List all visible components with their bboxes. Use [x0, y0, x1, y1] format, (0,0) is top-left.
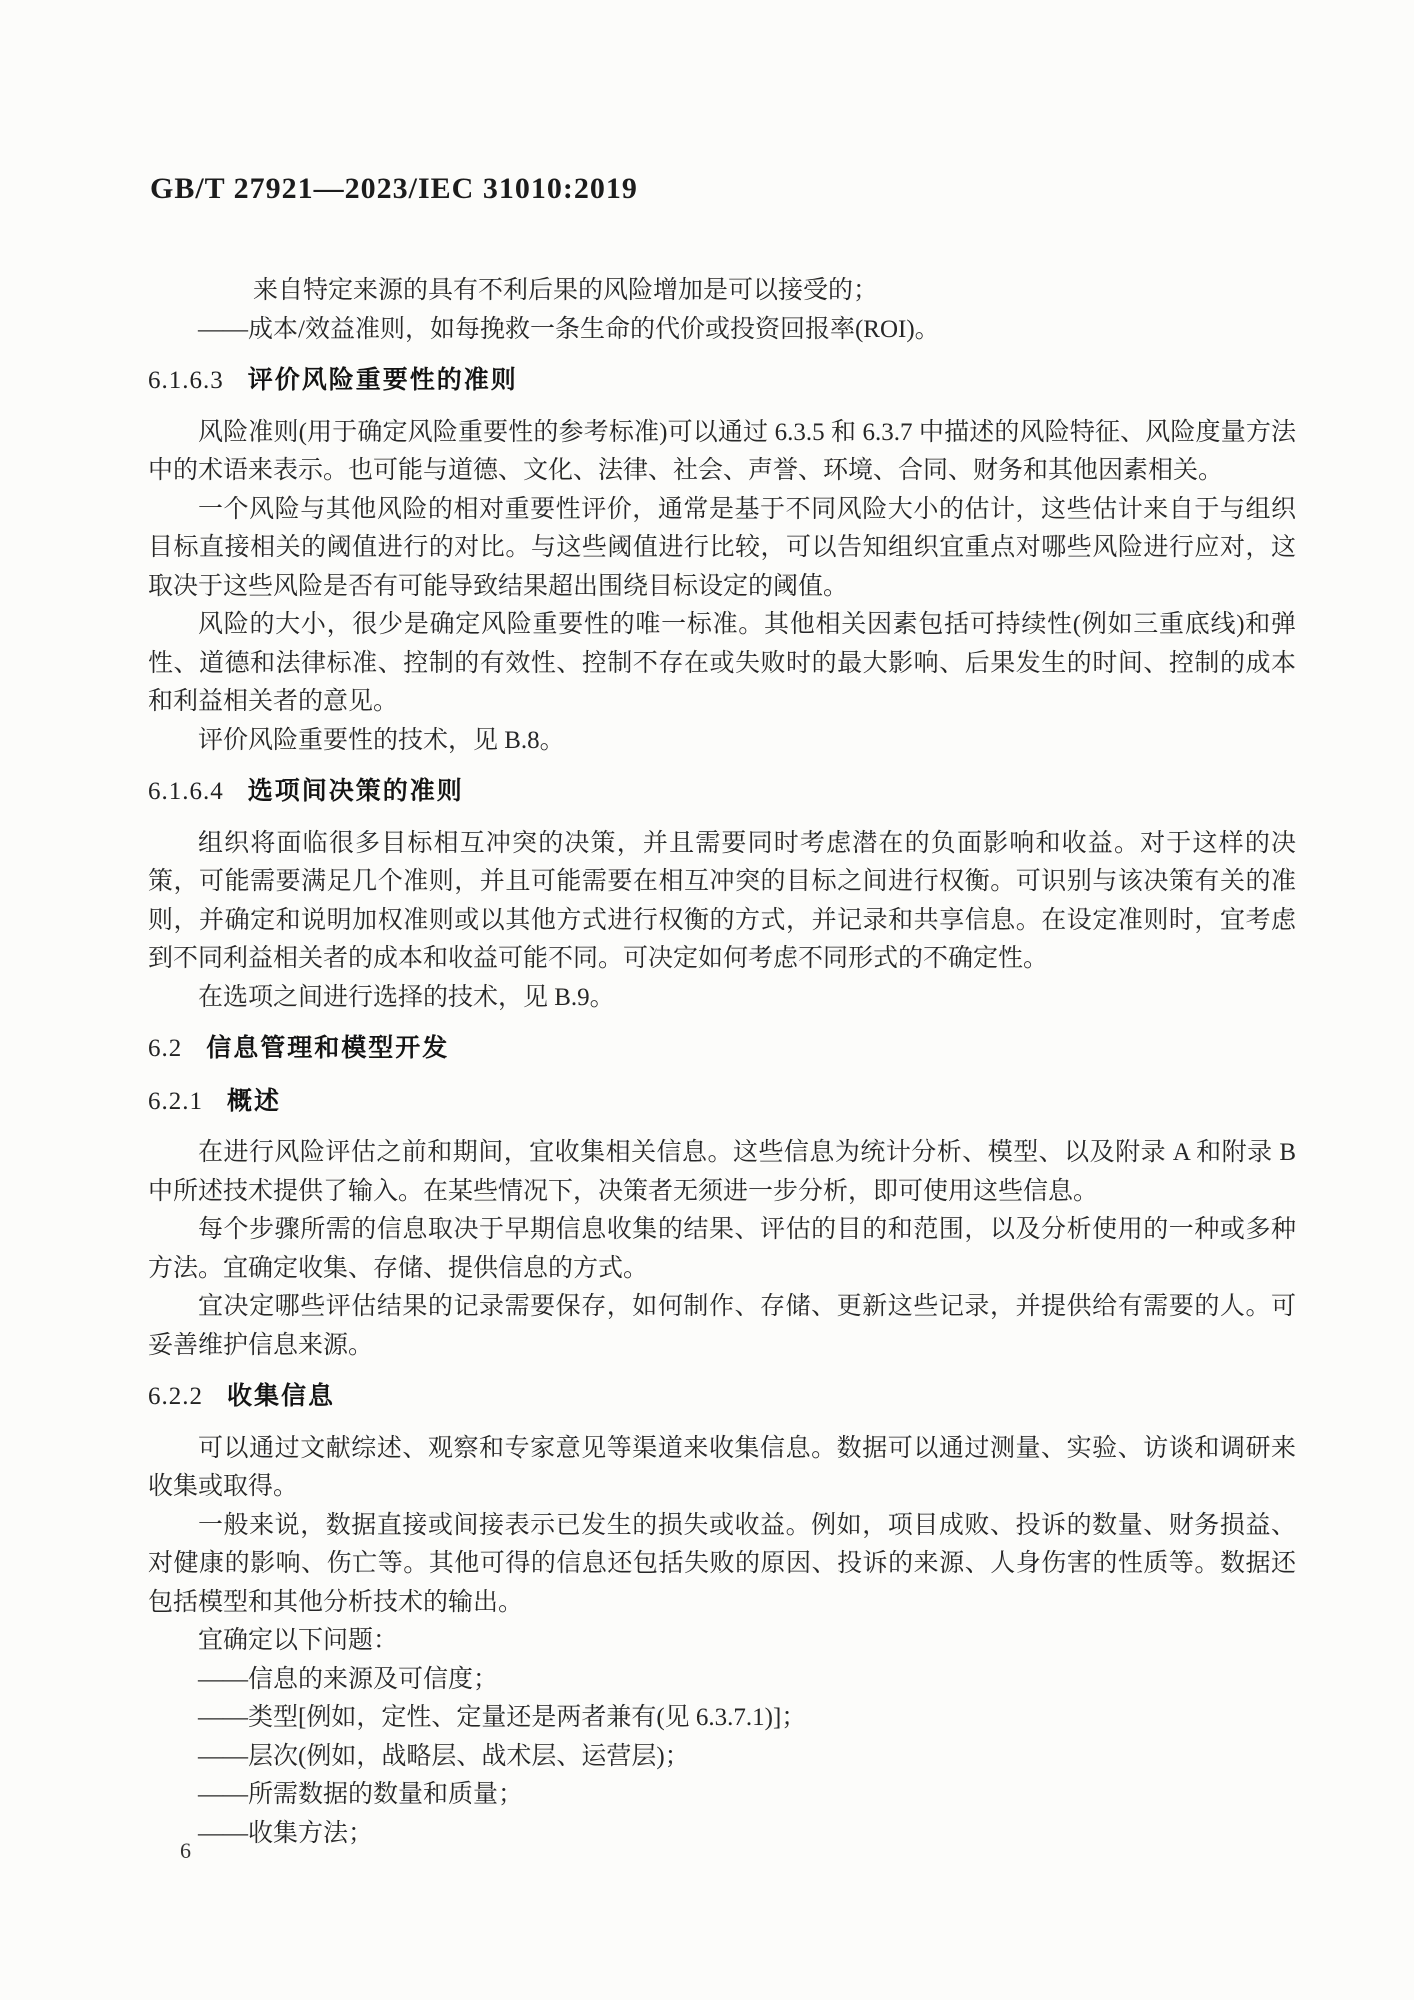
paragraph: 在选项之间进行选择的技术，见 B.9。: [148, 979, 1296, 1018]
section-number: 6.2: [148, 1035, 182, 1062]
paragraph: 宜确定以下问题：: [148, 1622, 1296, 1661]
section-number: 6.2.2: [148, 1383, 203, 1410]
paragraph: 可以通过文献综述、观察和专家意见等渠道来收集信息。数据可以通过测量、实验、访谈和…: [148, 1430, 1296, 1507]
section-title: 收集信息: [227, 1382, 335, 1410]
paragraph: 一般来说，数据直接或间接表示已发生的损失或收益。例如，项目成败、投诉的数量、财务…: [148, 1507, 1296, 1623]
document-page: GB/T 27921—2023/IEC 31010:2019 来自特定来源的具有…: [0, 0, 1414, 2000]
paragraph: 风险准则(用于确定风险重要性的参考标准)可以通过 6.3.5 和 6.3.7 中…: [148, 414, 1296, 491]
paragraph: 评价风险重要性的技术，见 B.8。: [148, 722, 1296, 761]
section-heading-6-1-6-4: 6.1.6.4选项间决策的准则: [148, 772, 1296, 812]
section-number: 6.1.6.3: [148, 367, 224, 394]
section-title: 信息管理和模型开发: [206, 1034, 449, 1062]
dash-list-item: ——类型[例如，定性、定量还是两者兼有(见 6.3.7.1)]；: [148, 1699, 1296, 1738]
dash-list-item: ——收集方法；: [148, 1815, 1296, 1854]
section-number: 6.2.1: [148, 1088, 203, 1115]
page-content: 来自特定来源的具有不利后果的风险增加是可以接受的； ——成本/效益准则，如每挽救…: [148, 272, 1296, 1853]
dash-list-item: ——所需数据的数量和质量；: [148, 1776, 1296, 1815]
page-number: 6: [180, 1838, 191, 1864]
paragraph: 每个步骤所需的信息取决于早期信息收集的结果、评估的目的和范围，以及分析使用的一种…: [148, 1211, 1296, 1288]
section-heading-6-1-6-3: 6.1.6.3评价风险重要性的准则: [148, 361, 1296, 401]
paragraph: 宜决定哪些评估结果的记录需要保存，如何制作、存储、更新这些记录，并提供给有需要的…: [148, 1288, 1296, 1365]
section-heading-6-2: 6.2信息管理和模型开发: [148, 1029, 1296, 1069]
section-title: 选项间决策的准则: [248, 777, 464, 805]
dash-list-item: ——层次(例如，战略层、战术层、运营层)；: [148, 1738, 1296, 1777]
section-title: 评价风险重要性的准则: [248, 366, 518, 394]
section-heading-6-2-2: 6.2.2收集信息: [148, 1377, 1296, 1417]
section-number: 6.1.6.4: [148, 778, 224, 805]
section-heading-6-2-1: 6.2.1概述: [148, 1082, 1296, 1122]
paragraph: 在进行风险评估之前和期间，宜收集相关信息。这些信息为统计分析、模型、以及附录 A…: [148, 1134, 1296, 1211]
paragraph: 组织将面临很多目标相互冲突的决策，并且需要同时考虑潜在的负面影响和收益。对于这样…: [148, 825, 1296, 979]
continued-list-dash-item: ——成本/效益准则，如每挽救一条生命的代价或投资回报率(ROI)。: [148, 311, 1296, 350]
continued-list-subitem: 来自特定来源的具有不利后果的风险增加是可以接受的；: [148, 272, 1296, 311]
paragraph: 一个风险与其他风险的相对重要性评价，通常是基于不同风险大小的估计，这些估计来自于…: [148, 491, 1296, 607]
paragraph: 风险的大小，很少是确定风险重要性的唯一标准。其他相关因素包括可持续性(例如三重底…: [148, 606, 1296, 722]
standard-code-header: GB/T 27921—2023/IEC 31010:2019: [150, 172, 638, 206]
section-title: 概述: [227, 1087, 281, 1115]
dash-list-item: ——信息的来源及可信度；: [148, 1661, 1296, 1700]
